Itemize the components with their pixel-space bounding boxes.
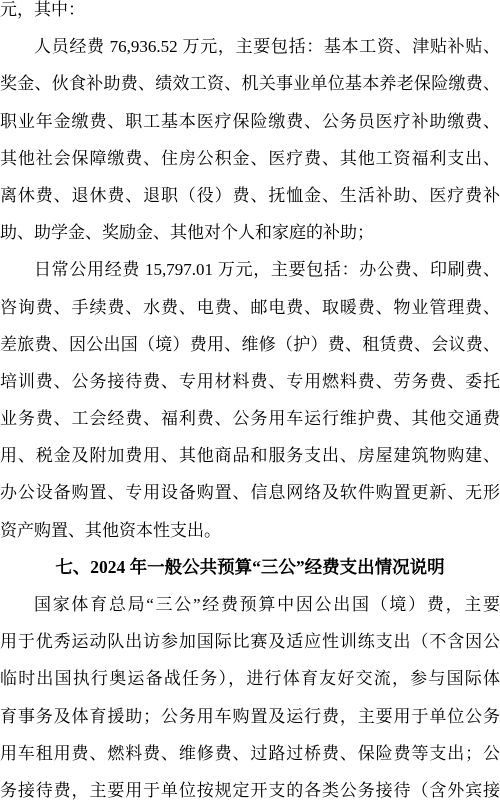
text-line: 培训费、公务接待费、专用材料费、专用燃料费、劳务费、委托 xyxy=(0,363,500,400)
document-body: 元，其中： 人员经费 76,936.52 万元，主要包括：基本工资、津贴补贴、 … xyxy=(0,0,500,804)
text-line: 办公设备购置、专用设备购置、信息网络及软件购置更新、无形 xyxy=(0,474,500,511)
text-line: 差旅费、因公出国（境）费用、维修（护）费、租赁费、会议费、 xyxy=(0,326,500,363)
text-line: 其他社会保障缴费、住房公积金、医疗费、其他工资福利支出、 xyxy=(0,140,500,177)
text-line: 助、助学金、奖励金、其他对个人和家庭的补助； xyxy=(0,214,500,251)
text-line: 日常公用经费 15,797.01 万元，主要包括：办公费、印刷费、 xyxy=(0,251,500,288)
text-line: 用、税金及附加费用、其他商品和服务支出、房屋建筑物购建、 xyxy=(0,437,500,474)
text-line: 用车租用费、燃料费、维修费、过路过桥费、保险费等支出；公 xyxy=(0,735,500,772)
document-page: 元，其中： 人员经费 76,936.52 万元，主要包括：基本工资、津贴补贴、 … xyxy=(0,0,500,804)
text-line: 育事务及体育援助；公务用车购置及运行费，主要用于单位公务 xyxy=(0,698,500,735)
text-line: 用于优秀运动队出访参加国际比赛及适应性训练支出（不含因公 xyxy=(0,623,500,660)
text-line: 务接待费，主要用于单位按规定开支的各类公务接待（含外宾接 xyxy=(0,772,500,804)
text-line: 职业年金缴费、职工基本医疗保险缴费、公务员医疗补助缴费、 xyxy=(0,103,500,140)
text-line: 资产购置、其他资本性支出。 xyxy=(0,512,500,549)
text-line: 奖金、伙食补助费、绩效工资、机关事业单位基本养老保险缴费、 xyxy=(0,65,500,102)
text-line: 国家体育总局“三公”经费预算中因公出国（境）费，主要 xyxy=(0,586,500,623)
text-line: 咨询费、手续费、水费、电费、邮电费、取暖费、物业管理费、 xyxy=(0,289,500,326)
text-line: 人员经费 76,936.52 万元，主要包括：基本工资、津贴补贴、 xyxy=(0,28,500,65)
text-line: 离休费、退休费、退职（役）费、抚恤金、生活补助、医疗费补 xyxy=(0,177,500,214)
text-line: 元，其中： xyxy=(0,0,500,28)
text-line: 业务费、工会经费、福利费、公务用车运行维护费、其他交通费 xyxy=(0,400,500,437)
section-heading: 七、2024 年一般公共预算“三公”经费支出情况说明 xyxy=(0,549,500,586)
text-line: 临时出国执行奥运备战任务），进行体育友好交流，参与国际体 xyxy=(0,660,500,697)
